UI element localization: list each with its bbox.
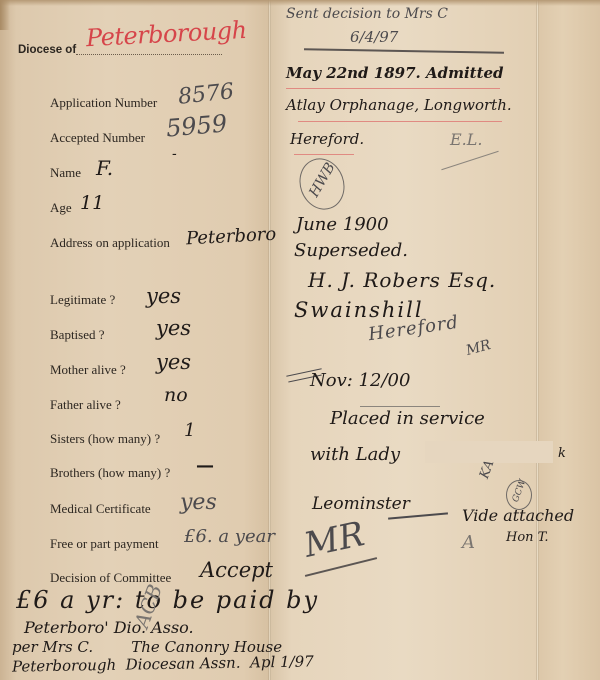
- application-number-label: Application Number: [50, 95, 157, 111]
- sent-decision-note: Sent decision to Mrs C: [286, 6, 448, 22]
- nov-entry: Nov: 12/00: [310, 370, 410, 391]
- father-alive-label: Father alive ?: [50, 397, 121, 413]
- mother-alive-value: yes: [156, 350, 191, 374]
- father-alive-value: no: [164, 384, 188, 406]
- blank-panel: [538, 0, 600, 680]
- name-mark: -: [172, 146, 177, 162]
- payment-value: £6. a year: [184, 526, 275, 547]
- sisters-label: Sisters (how many) ?: [50, 431, 160, 447]
- diocese-label: Diocese of: [18, 44, 76, 56]
- baptised-value: yes: [156, 316, 191, 340]
- superseded-note: Superseded.: [294, 240, 408, 261]
- paper-edge: [0, 0, 10, 30]
- medical-certificate-label: Medical Certificate: [50, 501, 151, 517]
- june-entry: June 1900: [296, 214, 389, 235]
- admission-line-1: May 22nd 1897. Admitted: [286, 64, 504, 82]
- leominster-note: Leominster: [312, 494, 410, 514]
- medical-certificate-value: yes: [180, 490, 217, 515]
- footer-note-line-1: £6 a yr: to be paid by: [16, 586, 319, 614]
- address-line-1: H. J. Robers Esq.: [308, 268, 496, 292]
- age-label: Age: [50, 200, 72, 216]
- accepted-number-value: 5959: [165, 109, 228, 142]
- legitimate-value: yes: [146, 284, 181, 308]
- brothers-value: —: [196, 455, 214, 476]
- admission-line-3: Hereford.: [290, 130, 364, 148]
- red-underline: [298, 121, 502, 122]
- pencil-initial: A: [462, 532, 475, 553]
- red-underline: [286, 88, 500, 89]
- name-value: F.: [96, 156, 113, 180]
- sisters-value: 1: [184, 420, 195, 441]
- brothers-label: Brothers (how many) ?: [50, 465, 170, 481]
- admission-initials: E.L.: [450, 130, 482, 149]
- legitimate-label: Legitimate ?: [50, 292, 115, 308]
- paper-fold: [536, 0, 539, 680]
- admission-line-2: Atlay Orphanage, Longworth.: [286, 96, 512, 114]
- placed-suffix: k: [558, 446, 566, 461]
- baptised-label: Baptised ?: [50, 327, 105, 343]
- diocese-dotted-line: [76, 54, 222, 55]
- hon-t-note: Hon T.: [506, 530, 549, 545]
- placed-line-2: with Lady: [310, 444, 400, 465]
- footer-note-line-2: Peterboro' Dio. Asso.: [24, 618, 194, 637]
- mother-alive-label: Mother alive ?: [50, 362, 126, 378]
- decision-value: Accept: [200, 558, 273, 582]
- name-label: Name: [50, 165, 81, 181]
- archival-form-scan: Diocese of Peterborough Application Numb…: [0, 0, 600, 680]
- age-value: 11: [80, 192, 104, 214]
- vide-attached-note: Vide attached: [462, 506, 574, 525]
- address-label: Address on application: [50, 235, 170, 251]
- accepted-number-label: Accepted Number: [50, 130, 145, 146]
- payment-label: Free or part payment: [50, 536, 159, 552]
- underline: [360, 406, 440, 407]
- sent-decision-date: 6/4/97: [350, 28, 398, 46]
- red-underline: [294, 154, 354, 155]
- placed-line-1: Placed in service: [330, 408, 485, 429]
